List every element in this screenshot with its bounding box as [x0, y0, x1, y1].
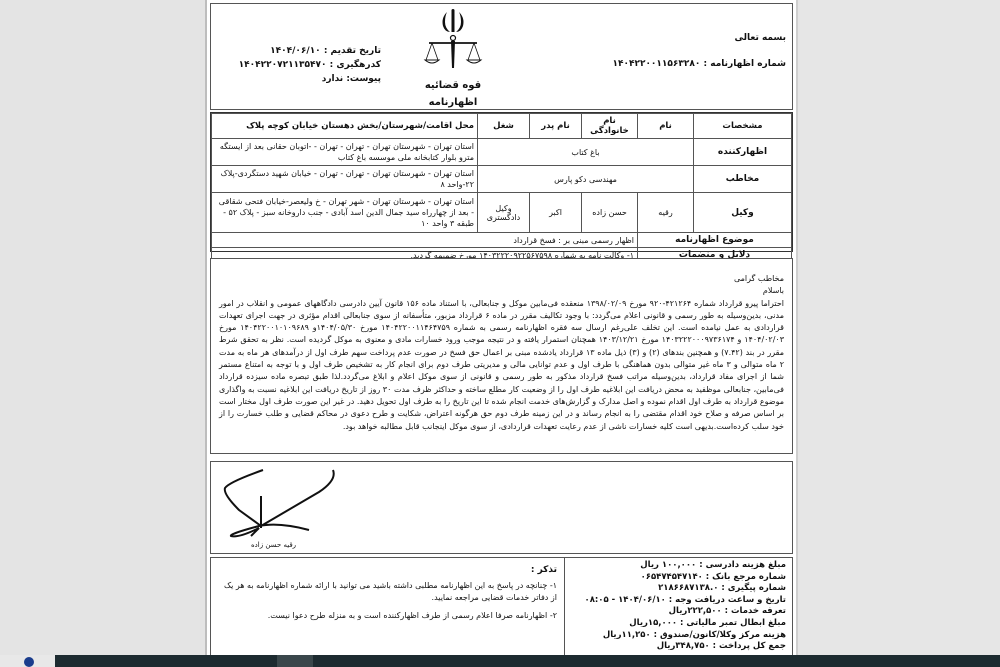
- row-label: مخاطب: [694, 166, 792, 193]
- bismillah: بسمه تعالی: [735, 33, 787, 43]
- table-row-addressee: مخاطب مهندسی دکو پارس استان تهران - شهرس…: [212, 166, 792, 193]
- fee-row: تاریخ و ساعت دریافت وجه : ۱۴۰۴/۰۶/۱۰ - ۰…: [564, 595, 786, 607]
- fee-row: شماره پیگیری : ۲۱۸۶۶۸۷۱۳۸.۰: [564, 583, 786, 595]
- subject-value: اظهار رسمی مبنی بر : فسخ قرارداد: [212, 233, 638, 248]
- signature-section: رقیه حسن زاده: [210, 461, 793, 554]
- lawyer-first-name: رقیه: [638, 193, 694, 233]
- lawyer-job: وکیل دادگستری: [478, 193, 530, 233]
- document-title: اظهارنامه: [411, 97, 495, 108]
- document-page: بسمه تعالی شماره اظهارنامه : ۱۴۰۴۲۲۰۰۱۱۵…: [205, 0, 796, 655]
- addressee-address: استان تهران - شهرستان تهران - تهران - ته…: [212, 166, 478, 193]
- footer-section: تذکر : ۱- چنانچه در پاسخ به این اظهارنام…: [210, 557, 793, 655]
- notes-block: تذکر : ۱- چنانچه در پاسخ به این اظهارنام…: [217, 564, 557, 628]
- subject-label: موضوع اظهارنامه: [638, 233, 792, 248]
- organization-name: قوه قضائیه: [411, 80, 495, 91]
- table-row-declarant: اظهارکننده باغ کتاب استان تهران - شهرستا…: [212, 139, 792, 166]
- column-header: محل اقامت/شهرستان/بخش دهستان خیابان کوچه…: [212, 114, 478, 139]
- column-header: مشخصات: [694, 114, 792, 139]
- fee-row: هزینه مرکز وکلا/کانون/صندوق : ۱۱,۲۵۰ریال: [564, 630, 786, 642]
- table-row-lawyer: وکیل رقیه حسن زاده اکبر وکیل دادگستری اس…: [212, 193, 792, 233]
- attachment-row: پیوست: ندارد: [221, 72, 381, 86]
- parties-table-section: مشخصات نام نام خانوادگی نام پدر شغل محل …: [210, 112, 793, 252]
- column-header: نام پدر: [530, 114, 582, 139]
- lawyer-father-name: اکبر: [530, 193, 582, 233]
- notes-title: تذکر :: [217, 564, 557, 576]
- notice-number-label: شماره اظهارنامه :: [704, 59, 786, 69]
- table-header-row: مشخصات نام نام خانوادگی نام پدر شغل محل …: [212, 114, 792, 139]
- table-row-subject: موضوع اظهارنامه اظهار رسمی مبنی بر : فسخ…: [212, 233, 792, 248]
- row-label: اظهارکننده: [694, 139, 792, 166]
- declarant-address: استان تهران - شهرستان تهران - تهران - ته…: [212, 139, 478, 166]
- note-item: ۱- چنانچه در پاسخ به این اظهارنامه مطلبی…: [217, 580, 557, 604]
- judiciary-emblem-icon: [423, 8, 483, 78]
- notice-number-value: ۱۴۰۴۲۲۰۰۱۱۵۶۳۲۸۰: [612, 59, 700, 69]
- taskbar: [0, 655, 1000, 667]
- start-orb-icon: [24, 657, 34, 667]
- handwritten-signature-icon: [219, 466, 339, 541]
- greeting: باسلام: [219, 285, 784, 297]
- column-header: شغل: [478, 114, 530, 139]
- submit-date: ۱۴۰۴/۰۶/۱۰: [270, 46, 321, 56]
- addressee-name: مهندسی دکو پارس: [478, 166, 694, 193]
- column-header: نام: [638, 114, 694, 139]
- notice-number: شماره اظهارنامه : ۱۴۰۴۲۲۰۰۱۱۵۶۳۲۸۰: [612, 59, 786, 69]
- lawyer-last-name: حسن زاده: [582, 193, 638, 233]
- fees-block: مبلغ هزینه دادرسی : ۱۰۰,۰۰۰ ریال شماره م…: [564, 560, 786, 653]
- viewer-background-left: [0, 0, 205, 655]
- parties-table: مشخصات نام نام خانوادگی نام پدر شغل محل …: [211, 113, 792, 263]
- fee-row: مبلغ هزینه دادرسی : ۱۰۰,۰۰۰ ریال: [564, 560, 786, 572]
- notice-body: مخاطب گرامی باسلام احتراما پیرو قرارداد …: [210, 258, 793, 454]
- fee-row: مبلغ ابطال تمبر مالیاتی : ۱۵,۰۰۰ریال: [564, 618, 786, 630]
- start-button[interactable]: [0, 655, 55, 667]
- row-label: وکیل: [694, 193, 792, 233]
- submit-date-row: تاریخ تقدیم : ۱۴۰۴/۰۶/۱۰: [221, 44, 381, 58]
- attachment-value: ندارد: [322, 74, 343, 84]
- fee-row: تعرفه خدمات : ۲۲۲,۵۰۰ریال: [564, 606, 786, 618]
- fee-row: جمع کل پرداخت : ۳۴۸,۷۵۰ریال: [564, 641, 786, 653]
- signer-name: رقیه حسن زاده: [251, 541, 296, 549]
- body-text: احتراما پیرو قرارداد شماره ۴۲۱۲۶۴-۹۲۰ مو…: [219, 298, 784, 433]
- fee-row: شماره مرجع بانک : ۰۶۵۴۷۴۵۴۷۱۴۰: [564, 572, 786, 584]
- document-header: بسمه تعالی شماره اظهارنامه : ۱۴۰۴۲۲۰۰۱۱۵…: [210, 3, 793, 110]
- declarant-name: باغ کتاب: [478, 139, 694, 166]
- viewer-background-right: [796, 0, 1000, 655]
- lawyer-address: استان تهران - شهرستان تهران - شهر تهران …: [212, 193, 478, 233]
- tracking-code: ۱۴۰۴۲۲۰۷۲۱۱۳۵۴۷۰: [239, 60, 327, 70]
- tracking-code-row: کدرهگیری : ۱۴۰۴۲۲۰۷۲۱۱۳۵۴۷۰: [221, 58, 381, 72]
- note-item: ۲- اظهارنامه صرفا اعلام رسمی از طرف اظها…: [217, 610, 557, 622]
- salutation: مخاطب گرامی: [219, 273, 784, 285]
- taskbar-app-item[interactable]: [277, 655, 313, 667]
- column-header: نام خانوادگی: [582, 114, 638, 139]
- submission-meta: تاریخ تقدیم : ۱۴۰۴/۰۶/۱۰ کدرهگیری : ۱۴۰۴…: [221, 44, 381, 86]
